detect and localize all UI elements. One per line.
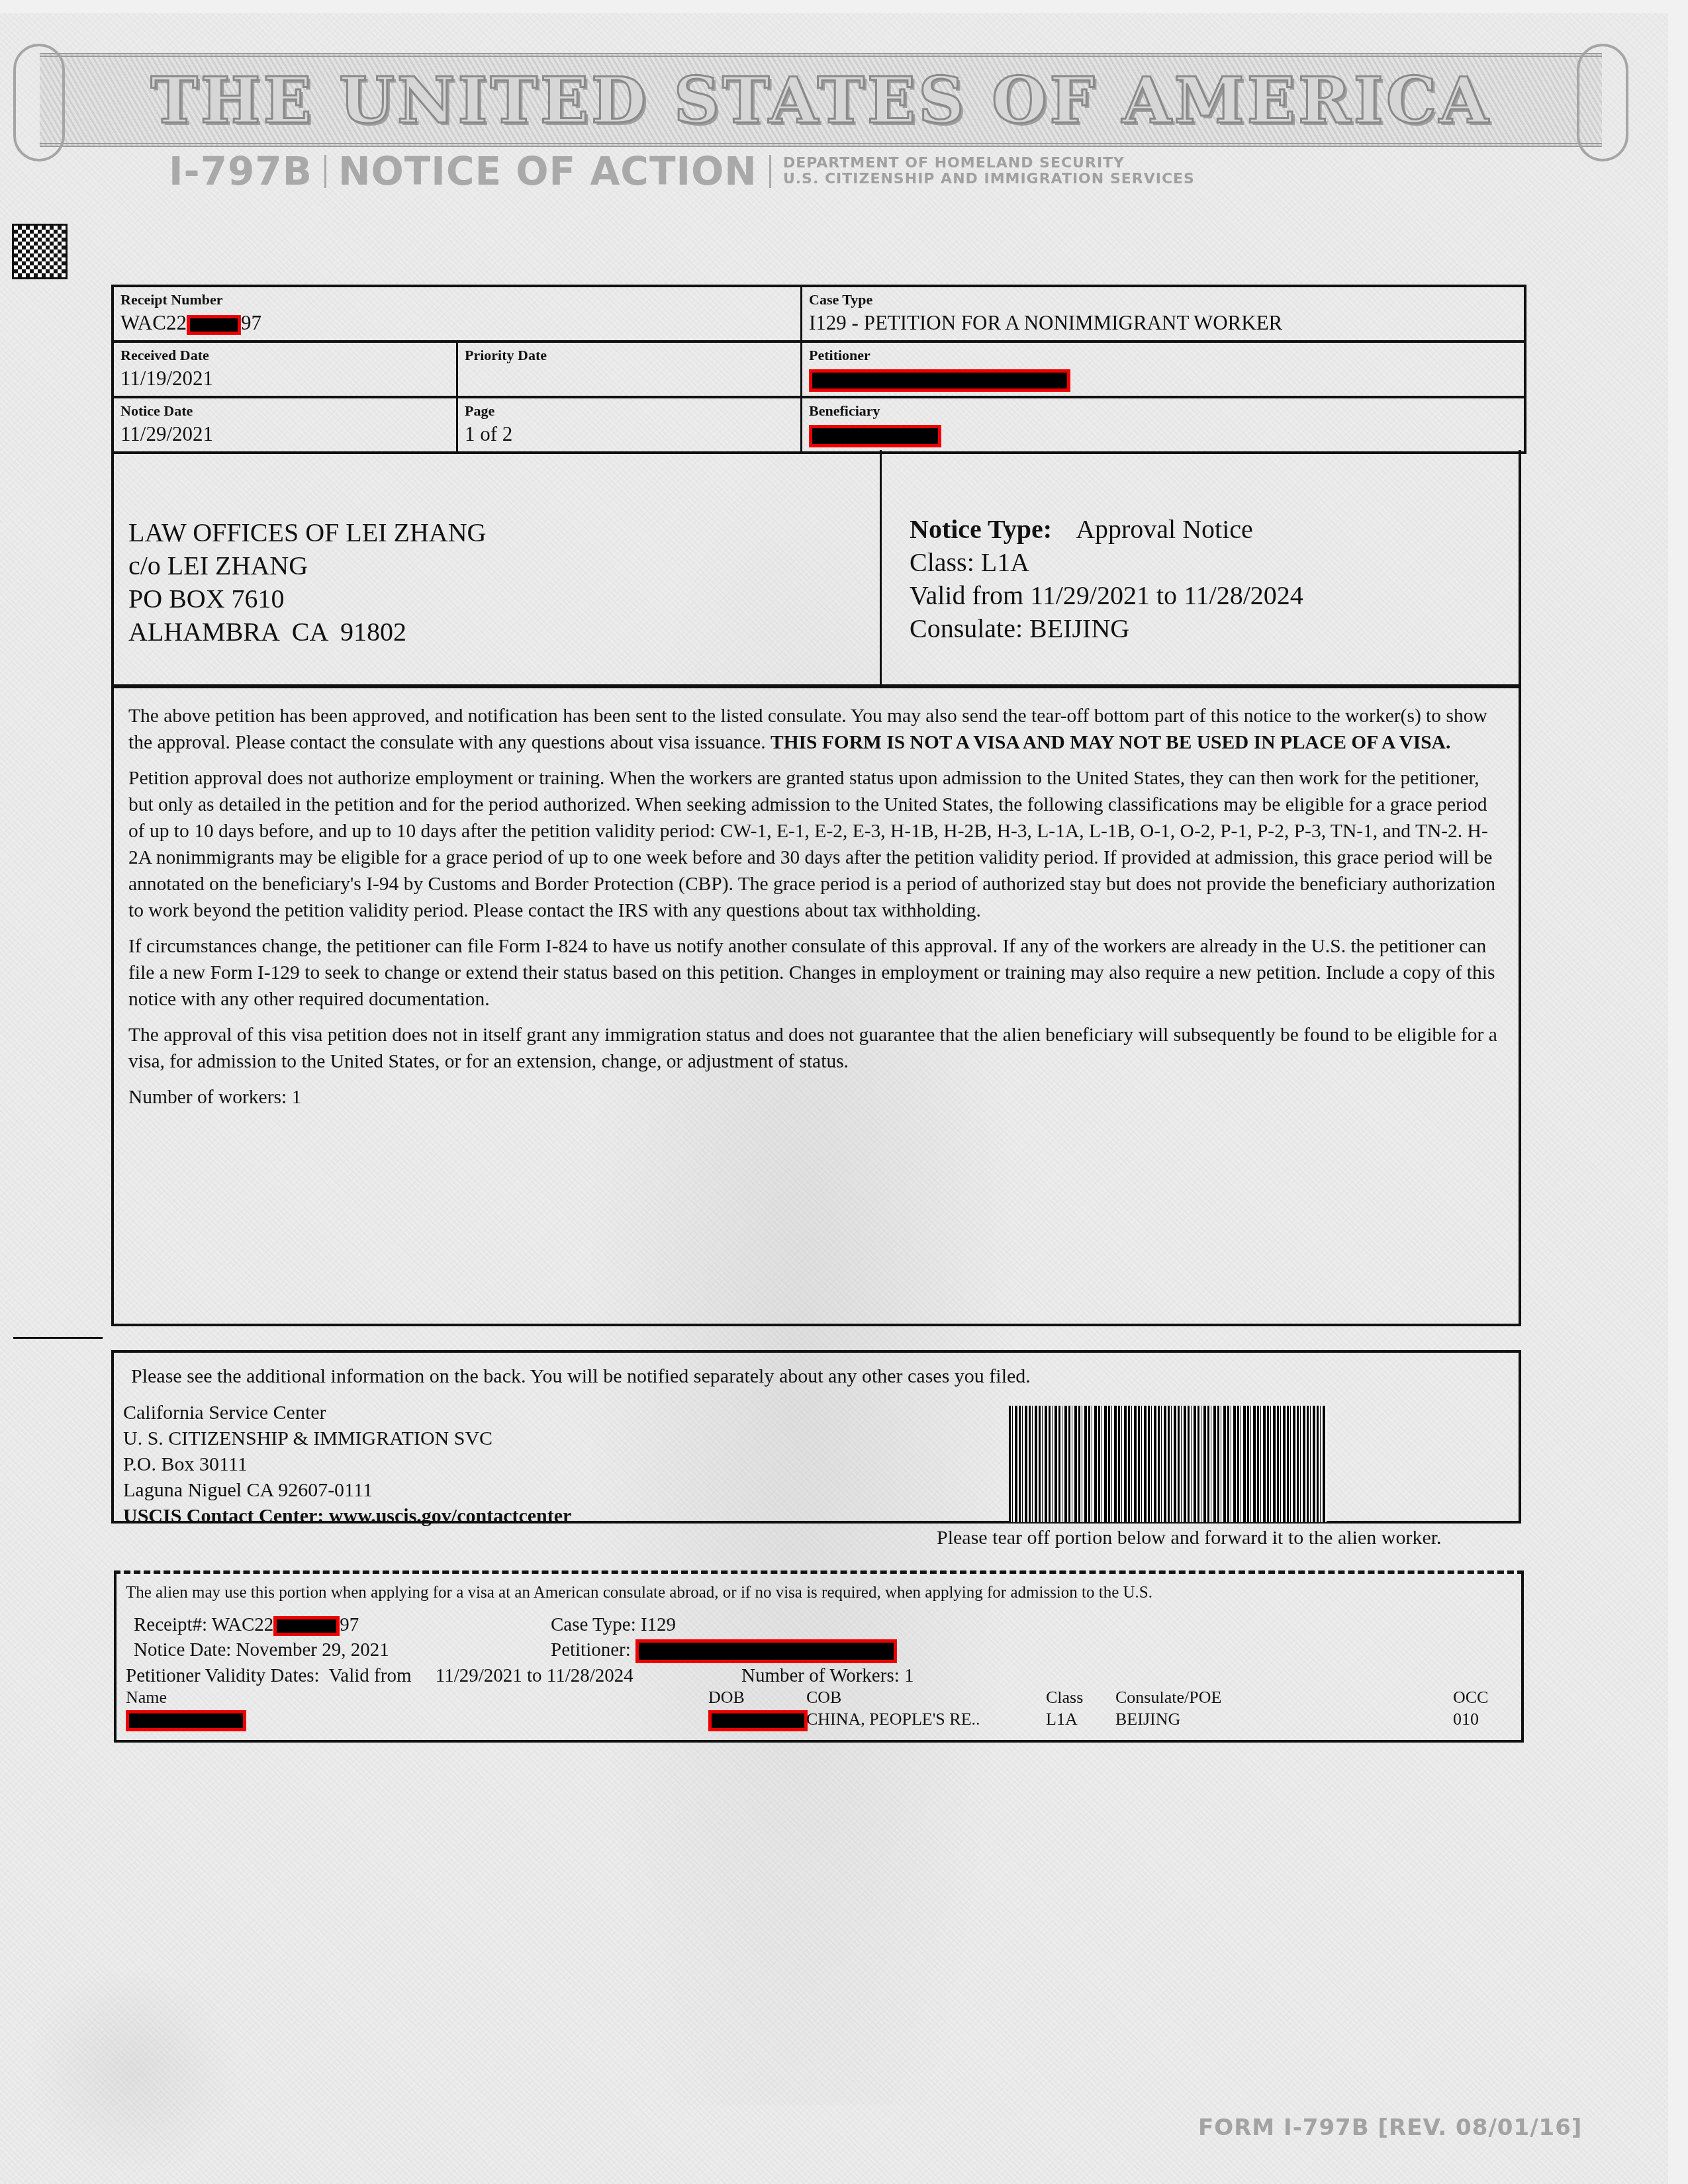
number-of-workers: Number of workers: 1 xyxy=(128,1084,1504,1111)
col-consulate: Consulate/POE xyxy=(1115,1688,1453,1707)
paragraph-circumstances: If circumstances change, the petitioner … xyxy=(128,933,1504,1013)
case-type-cell: Case Type I129 - PETITION FOR A NONIMMIG… xyxy=(802,287,1524,340)
paragraph-approval: The above petition has been approved, an… xyxy=(128,703,1504,756)
tear-off-portion: The alien may use this portion when appl… xyxy=(114,1570,1524,1743)
receipt-number-cell: Receipt Number WAC2297 xyxy=(114,287,802,340)
not-a-visa-warning: THIS FORM IS NOT A VISA AND MAY NOT BE U… xyxy=(771,732,1450,753)
banner-title: THE UNITED STATES OF AMERICA xyxy=(150,63,1491,138)
notice-date-label: Notice Date xyxy=(120,402,449,420)
received-date-label: Received Date xyxy=(120,347,449,364)
additional-info-note: Please see the additional information on… xyxy=(123,1363,1509,1389)
address-line: PO BOX 7610 xyxy=(128,582,880,615)
form-title-row: I-797B NOTICE OF ACTION DEPARTMENT OF HO… xyxy=(169,149,1195,194)
cob-value: CHINA, PEOPLE'S RE.. xyxy=(806,1707,1046,1732)
col-cob: COB xyxy=(806,1688,1046,1707)
beneficiary-label: Beneficiary xyxy=(809,402,1517,420)
beneficiary-cell: Beneficiary xyxy=(802,398,1524,451)
redaction-box xyxy=(635,1639,897,1663)
receipt-number-label: Receipt Number xyxy=(120,291,794,308)
consulate: Consulate: BEIJING xyxy=(910,612,1519,645)
redaction-box xyxy=(708,1710,808,1731)
page-cell: Page 1 of 2 xyxy=(458,398,802,451)
receipt-suffix: 97 xyxy=(340,1614,359,1635)
barcode-icon xyxy=(1009,1406,1327,1522)
received-date-value: 11/19/2021 xyxy=(120,367,449,390)
petitioner-cell: Petitioner xyxy=(802,343,1524,396)
col-dob: DOB xyxy=(708,1688,806,1707)
address-line: c/o LEI ZHANG xyxy=(128,549,880,582)
petitioner-label: Petitioner xyxy=(809,347,1517,364)
notice-type-label: Notice Type: xyxy=(910,514,1052,544)
received-date-cell: Received Date 11/19/2021 xyxy=(114,343,458,396)
grid-row-1: Receipt Number WAC2297 Case Type I129 - … xyxy=(114,287,1524,343)
consulate-value: BEIJING xyxy=(1115,1707,1453,1732)
department-name: DEPARTMENT OF HOMELAND SECURITY xyxy=(783,156,1195,171)
tear-off-instruction: Please tear off portion below and forwar… xyxy=(937,1527,1442,1549)
tear-receipt: Receipt#: WAC2297 xyxy=(126,1612,551,1637)
redaction-box xyxy=(273,1616,340,1636)
priority-date-label: Priority Date xyxy=(465,347,794,364)
notice-body: The above petition has been approved, an… xyxy=(111,686,1521,1326)
tear-workers: Number of Workers: 1 xyxy=(728,1663,914,1688)
priority-date-cell: Priority Date xyxy=(458,343,802,396)
banner-ornament-right xyxy=(1577,44,1628,161)
divider xyxy=(769,155,771,188)
grid-row-2: Received Date 11/19/2021 Priority Date P… xyxy=(114,343,1524,398)
department-block: DEPARTMENT OF HOMELAND SECURITY U.S. CIT… xyxy=(783,156,1195,187)
tear-off-row: Notice Date: November 29, 2021 Petitione… xyxy=(126,1637,1512,1663)
tear-values-row: CHINA, PEOPLE'S RE.. L1A BEIJING 010 xyxy=(126,1707,1512,1732)
datamatrix-code-icon xyxy=(12,224,68,279)
visa-class: Class: L1A xyxy=(910,546,1519,579)
tear-off-row: Petitioner Validity Dates: Valid from 11… xyxy=(126,1663,1512,1688)
tear-column-headers: Name DOB COB Class Consulate/POE OCC xyxy=(126,1688,1512,1707)
page-value: 1 of 2 xyxy=(465,422,794,446)
header-banner: THE UNITED STATES OF AMERICA xyxy=(40,53,1602,147)
divider xyxy=(324,155,326,188)
address-line: LAW OFFICES OF LEI ZHANG xyxy=(128,516,880,549)
receipt-number-value: WAC2297 xyxy=(120,311,794,335)
redaction-box xyxy=(187,315,241,335)
petitioner-label: Petitioner: xyxy=(551,1639,631,1661)
form-revision: FORM I-797B [REV. 08/01/16] xyxy=(1198,2115,1582,2141)
case-type-value: I129 - PETITION FOR A NONIMMIGRANT WORKE… xyxy=(809,311,1517,335)
case-info-grid: Receipt Number WAC2297 Case Type I129 - … xyxy=(111,285,1526,454)
case-type-label: Case Type xyxy=(809,291,1517,308)
notice-summary: Notice Type:Approval Notice Class: L1A V… xyxy=(882,450,1519,684)
tear-notice-date: Notice Date: November 29, 2021 xyxy=(126,1637,551,1663)
paragraph-employment: Petition approval does not authorize emp… xyxy=(128,765,1504,924)
class-value: L1A xyxy=(1046,1707,1115,1732)
redaction-box xyxy=(809,425,941,447)
redaction-box xyxy=(126,1710,246,1731)
service-center-box: Please see the additional information on… xyxy=(111,1350,1521,1524)
col-class: Class xyxy=(1046,1688,1115,1707)
col-occ: OCC xyxy=(1453,1688,1488,1707)
validity-dates: Valid from 11/29/2021 to 11/28/2024 xyxy=(910,579,1519,612)
grid-row-3: Notice Date 11/29/2021 Page 1 of 2 Benef… xyxy=(114,398,1524,454)
receipt-prefix: WAC22 xyxy=(120,311,187,334)
paragraph-status: The approval of this visa petition does … xyxy=(128,1022,1504,1075)
banner-ornament-left xyxy=(13,44,65,161)
form-id: I-797B xyxy=(169,149,312,194)
tear-off-row: Receipt#: WAC2297 Case Type: I129 xyxy=(126,1612,1512,1637)
notice-date-value: 11/29/2021 xyxy=(120,422,449,446)
mailing-address: LAW OFFICES OF LEI ZHANG c/o LEI ZHANG P… xyxy=(114,450,882,684)
receipt-suffix: 97 xyxy=(241,311,261,334)
redaction-box xyxy=(809,369,1070,392)
notice-type-value: Approval Notice xyxy=(1076,514,1253,544)
tear-validity: Petitioner Validity Dates: Valid from 11… xyxy=(126,1663,728,1688)
seal-watermark xyxy=(13,1972,252,2171)
tear-petitioner: Petitioner: xyxy=(551,1637,897,1663)
tear-case-type: Case Type: I129 xyxy=(551,1612,676,1637)
occ-value: 010 xyxy=(1453,1707,1479,1732)
notice-date-cell: Notice Date 11/29/2021 xyxy=(114,398,458,451)
page-label: Page xyxy=(465,402,794,420)
address-notice-box: LAW OFFICES OF LEI ZHANG c/o LEI ZHANG P… xyxy=(111,450,1521,687)
col-name: Name xyxy=(126,1688,708,1707)
form-title: NOTICE OF ACTION xyxy=(338,149,757,194)
receipt-label: Receipt#: WAC22 xyxy=(134,1614,273,1635)
tear-off-intro: The alien may use this portion when appl… xyxy=(126,1580,1512,1606)
address-line: ALHAMBRA CA 91802 xyxy=(128,615,880,649)
agency-name: U.S. CITIZENSHIP AND IMMIGRATION SERVICE… xyxy=(783,171,1195,187)
fold-mark xyxy=(13,1337,103,1339)
